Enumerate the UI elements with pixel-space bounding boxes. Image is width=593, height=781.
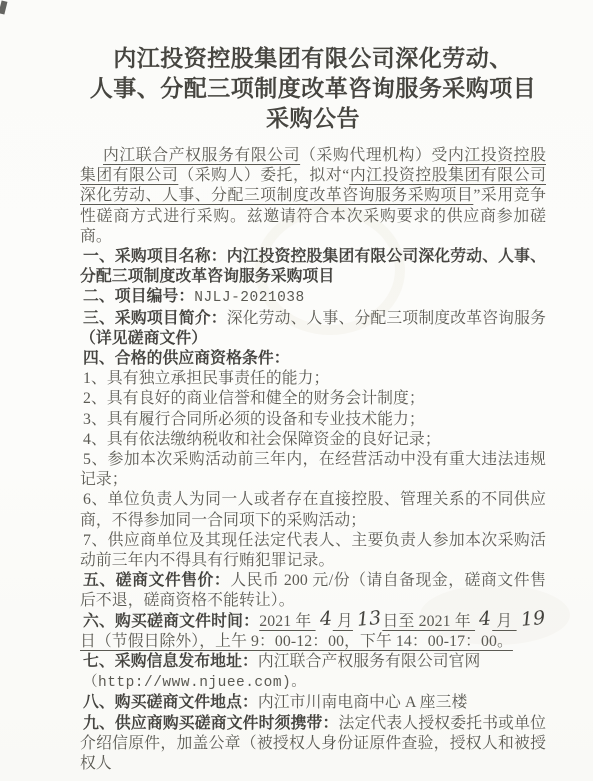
title-line-2: 人事、分配三项制度改革咨询服务采购项目	[80, 74, 546, 104]
section-label: 一、采购项目名称：	[83, 248, 227, 265]
section-purchase-time: 六、购买磋商文件时间：2021 年 4 月13日至 2021 年 4 月 19日…	[80, 612, 546, 652]
section-info-publish-address: 七、采购信息发布地址：内江联合产权服务有限公司官网	[80, 652, 546, 672]
intro-paragraph: 内江联合产权服务有限公司（采购代理机构）受内江投资控股集团有限公司（采购人）委托…	[80, 146, 546, 247]
section-label: 二、项目编号：	[83, 288, 194, 305]
qualification-item: 1、具有独立承担民事责任的能力；	[80, 369, 546, 389]
document-content: 内江投资控股集团有限公司深化劳动、 人事、分配三项制度改革咨询服务采购项目 采购…	[0, 0, 593, 774]
qualification-item: 7、供应商单位及其现任法定代表人、主要负责人参加本次采购活动前三年内不得具有行贿…	[80, 531, 546, 571]
handwritten-month: 4	[474, 612, 492, 625]
agency-name: 内江联合产权服务有限公司	[103, 147, 300, 164]
date-text: 日至 2021 年	[382, 613, 475, 630]
section-label: 四、合格的供应商资格条件：	[83, 350, 290, 367]
url-text: （http://www.njuee.com)。	[83, 675, 306, 691]
handwritten-month: 4	[315, 612, 333, 625]
qualification-item: 2、具有良好的商业信誉和健全的财务会计制度；	[80, 389, 546, 409]
section-label: 五、磋商文件售价：	[83, 572, 230, 589]
section-label: 七、采购信息发布地址：	[83, 653, 258, 670]
section-label: 八、购买磋商文件地点：	[83, 694, 258, 711]
section-project-number: 二、项目编号：NJLJ-2021038	[80, 287, 546, 308]
intro-text: （采购代理机构）受	[300, 147, 448, 164]
intro-text: （采购人）委托，拟对“	[178, 167, 349, 184]
date-text: 日（节假日除外），上午 9：00-12：00，下午 14：00-17：00。	[80, 633, 513, 650]
handwritten-day: 13	[352, 611, 382, 626]
section-qualifications: 四、合格的供应商资格条件：	[80, 349, 546, 369]
section-purchase-location: 八、购买磋商文件地点：内江市川南电商中心 A 座三楼	[80, 693, 546, 713]
date-text: 月	[333, 613, 353, 630]
scanned-document-page: 内江投资控股集团有限公司深化劳动、 人事、分配三项制度改革咨询服务采购项目 采购…	[0, 0, 593, 781]
section-required-documents: 九、供应商购买磋商文件时须携带：法定代表人授权委托书或单位介绍信原件，加盖公章（…	[80, 714, 546, 775]
handwritten-day: 19	[516, 611, 546, 626]
project-number-value: NJLJ-2021038	[194, 290, 304, 306]
publish-website-url: （http://www.njuee.com)。	[80, 672, 546, 693]
qualification-item: 4、具有依法缴纳税收和社会保障资金的良好记录；	[80, 430, 546, 450]
project-brief-value: 深化劳动、人事、分配三项制度改革咨询服务	[227, 310, 546, 327]
qualification-item: 6、单位负责人为同一人或者存在直接控股、管理关系的不同供应商，不得参加同一合同项…	[80, 490, 546, 530]
date-text: 月	[492, 613, 516, 630]
section-label: 九、供应商购买磋商文件时须携带：	[83, 715, 338, 732]
section-project-name: 一、采购项目名称：内江投资控股集团有限公司深化劳动、人事、分配三项制度改革咨询服…	[80, 247, 546, 287]
project-brief-note: （详见磋商文件）	[80, 330, 207, 347]
document-title: 内江投资控股集团有限公司深化劳动、 人事、分配三项制度改革咨询服务采购项目 采购…	[80, 44, 546, 134]
qualification-item: 5、参加本次采购活动前三年内，在经营活动中没有重大违法违规记录；	[80, 450, 546, 490]
purchase-location-value: 内江市川南电商中心 A 座三楼	[258, 694, 468, 711]
section-document-price: 五、磋商文件售价：人民币 200 元/份（请自备现金，磋商文件售后不退，磋商资格…	[80, 571, 546, 611]
section-label: 六、购买磋商文件时间：	[83, 613, 259, 630]
date-text: 2021 年	[259, 613, 315, 630]
title-line-3: 采购公告	[80, 104, 546, 134]
section-project-brief: 三、采购项目简介：深化劳动、人事、分配三项制度改革咨询服务（详见磋商文件）	[80, 309, 546, 349]
publish-address-value: 内江联合产权服务有限公司官网	[258, 653, 481, 670]
title-line-1: 内江投资控股集团有限公司深化劳动、	[80, 44, 546, 74]
section-label: 三、采购项目简介：	[83, 310, 227, 327]
qualification-item: 3、具有履行合同所必须的设备和专业技术能力；	[80, 410, 546, 430]
